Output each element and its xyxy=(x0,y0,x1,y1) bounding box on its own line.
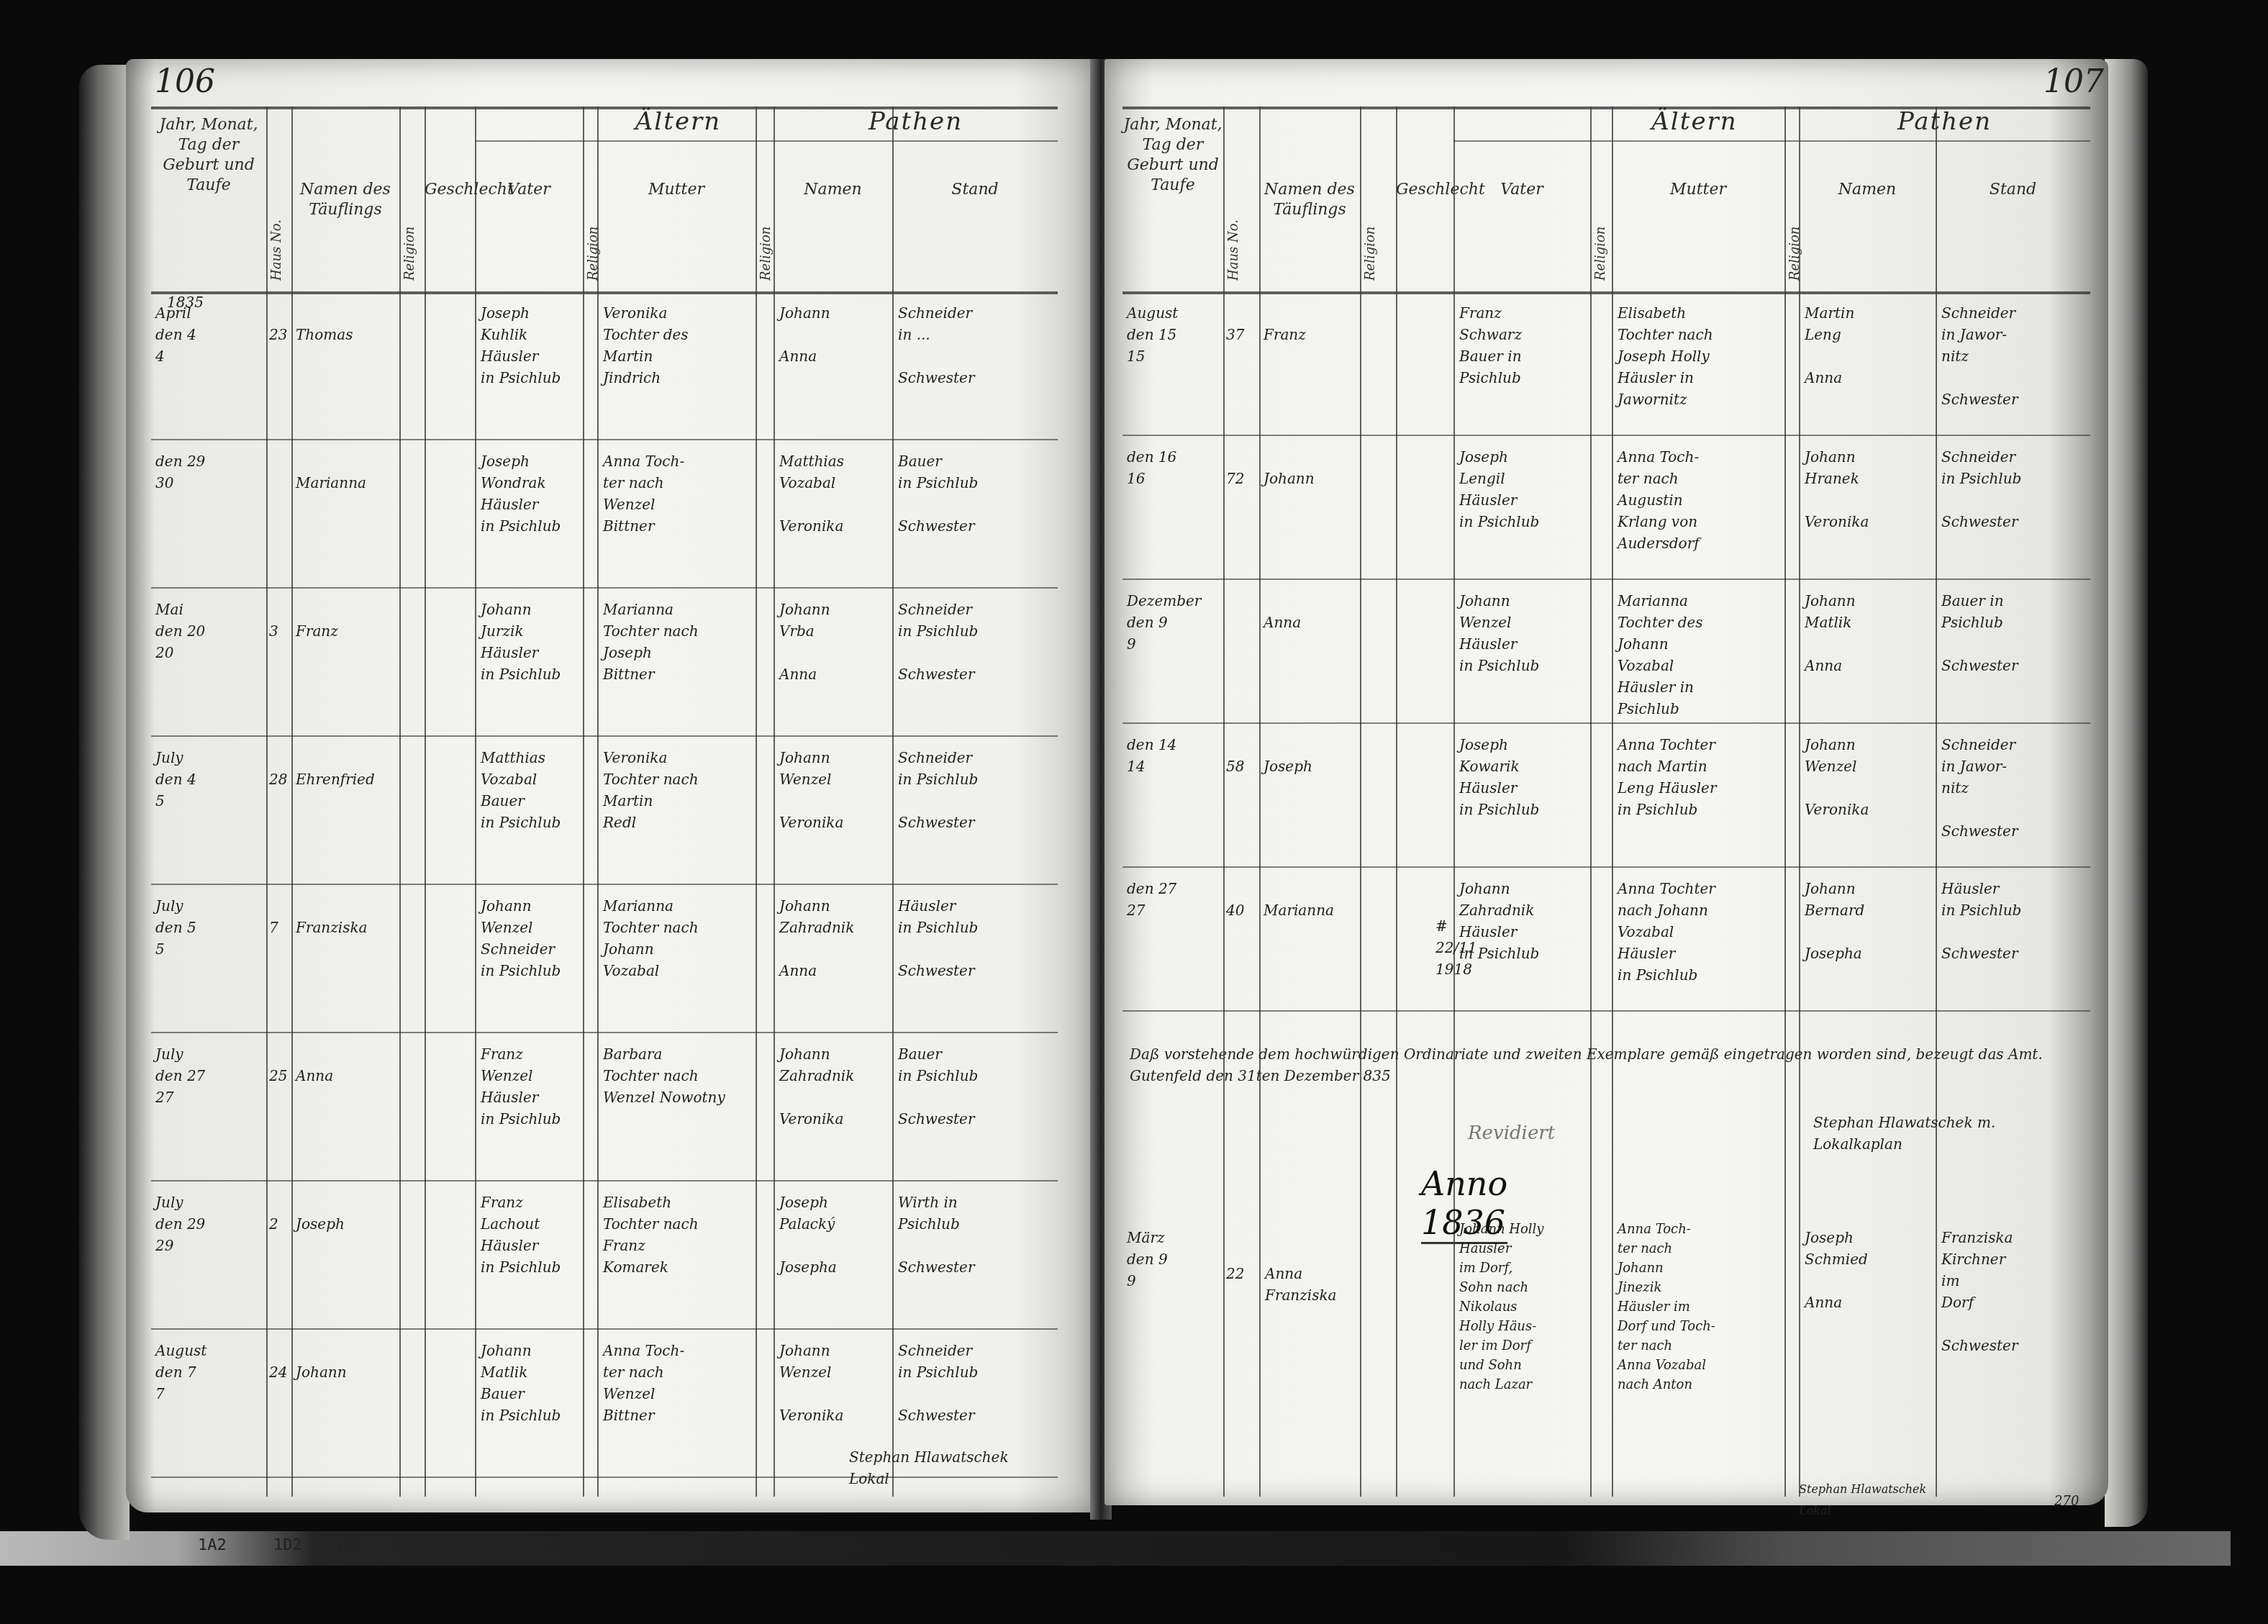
column-rule xyxy=(774,106,775,1497)
entry-godparent-name: Johann Wenzel Veronika xyxy=(1805,734,1934,820)
column-rule xyxy=(1453,106,1455,1497)
entry-godparent-name: Joseph Schmied Anna xyxy=(1805,1227,1934,1313)
entry-child-name: Anna xyxy=(296,1065,398,1087)
entry-godparent-status: Schneider in Psichlub Schwester xyxy=(898,1340,1056,1426)
entry-child-name: Anna xyxy=(1264,612,1358,633)
column-rule xyxy=(1784,106,1786,1497)
entry-child-name: Franz xyxy=(296,620,398,642)
row-rule xyxy=(151,884,1058,885)
column-rule xyxy=(1936,106,1937,1497)
column-rule xyxy=(583,106,584,1497)
entry-mother: Anna Toch- ter nach Augustin Krlang von … xyxy=(1618,446,1783,554)
entry-house-number: 72 xyxy=(1226,468,1244,489)
entry-father: Joseph Lengil Häusler in Psichlub xyxy=(1459,446,1589,532)
entry-child-name: Johann xyxy=(1264,468,1358,489)
row-rule xyxy=(151,735,1058,737)
column-header: Jahr, Monat, Tag der Geburt und Taufe xyxy=(151,115,266,196)
entry-child-name: Marianna xyxy=(1264,899,1358,921)
entry-father: Johann Matlik Bauer in Psichlub xyxy=(481,1340,581,1426)
entry-father: Joseph Kuhlik Häusler in Psichlub xyxy=(481,302,581,389)
entry-house-number: 24 xyxy=(269,1361,287,1383)
column-header: Religion xyxy=(1363,165,1378,281)
entry-godparent-status: Bauer in Psichlub Schwester xyxy=(898,1043,1056,1130)
row-rule xyxy=(1122,1010,2090,1012)
column-header: Stand xyxy=(892,180,1058,200)
entry-father: Franz Schwarz Bauer in Psichlub xyxy=(1459,302,1589,389)
entry-godparent-name: Johann Matlik Anna xyxy=(1805,590,1934,676)
column-header: Religion xyxy=(1593,165,1608,281)
ruler-label: 1A2 xyxy=(198,1536,227,1554)
entry-mother: Anna Toch- ter nach Wenzel Bittner xyxy=(603,1340,754,1426)
section-header-parents: Ältern xyxy=(583,112,774,132)
entry-child-name: Thomas xyxy=(296,324,398,345)
entry-date: März den 9 9 xyxy=(1127,1227,1220,1292)
column-header: Mutter xyxy=(1612,180,1784,200)
entry-godparent-status: Franziska Kirchner im Dorf Schwester xyxy=(1941,1227,2085,1356)
section-header-godparents: Pathen xyxy=(1799,112,2090,132)
entry-house-number: 40 xyxy=(1226,899,1244,921)
entry-house-number: 58 xyxy=(1226,756,1244,777)
column-rule xyxy=(425,106,426,1497)
entry-godparent-status: Wirth in Psichlub Schwester xyxy=(898,1192,1056,1278)
column-rule xyxy=(892,106,894,1497)
entry-mother: Barbara Tochter nach Wenzel Nowotny xyxy=(603,1043,754,1108)
entry-godparent-status: Bauer in Psichlub Schwester xyxy=(898,450,1056,537)
folio-number: 106 xyxy=(155,63,215,100)
footer-signature: Stephan Hlawatschek Lokal xyxy=(849,1446,1065,1489)
column-header: Namen xyxy=(774,180,892,200)
entry-child-name: Franz xyxy=(1264,324,1358,345)
entry-date: August den 7 7 xyxy=(155,1340,265,1405)
row-rule xyxy=(151,439,1058,440)
column-rule xyxy=(1590,106,1592,1497)
entry-godparent-name: Johann Vrba Anna xyxy=(779,599,891,685)
row-rule xyxy=(151,587,1058,589)
entry-godparent-status: Schneider in Psichlub Schwester xyxy=(898,747,1056,833)
page-stamp: 270 xyxy=(2054,1491,2079,1512)
entry-child-name: Marianna xyxy=(296,472,398,494)
faint-revision-note: Revidiert xyxy=(1468,1122,1555,1144)
book-edge-left xyxy=(79,65,130,1540)
column-header: Namen des Täuflings xyxy=(291,180,399,220)
column-rule xyxy=(1396,106,1397,1497)
section-header-parents: Ältern xyxy=(1590,112,1799,132)
entry-godparent-name: Martin Leng Anna xyxy=(1805,302,1934,389)
entry-date: July den 5 5 xyxy=(155,895,265,960)
header-bottom-rule xyxy=(1122,291,2090,294)
row-rule xyxy=(151,1328,1058,1330)
entry-father: Matthias Vozabal Bauer in Psichlub xyxy=(481,747,581,833)
row-rule xyxy=(151,1032,1058,1033)
entry-godparent-name: Johann Zahradnik Veronika xyxy=(779,1043,891,1130)
folio-number: 107 xyxy=(2044,63,2104,100)
column-header: Jahr, Monat, Tag der Geburt und Taufe xyxy=(1122,115,1223,196)
entry-father: Joseph Wondrak Häusler in Psichlub xyxy=(481,450,581,537)
footer-signature: Stephan Hlawatschek Lokal xyxy=(1799,1479,1986,1522)
entry-house-number: 3 xyxy=(269,620,278,642)
entry-father: Johann Jurzik Häusler in Psichlub xyxy=(481,599,581,685)
entry-house-number: 7 xyxy=(269,917,278,938)
column-rule xyxy=(266,106,268,1497)
column-rule xyxy=(291,106,293,1497)
column-header: Geschlecht xyxy=(1396,180,1453,200)
column-rule xyxy=(1259,106,1261,1497)
entry-godparent-status: Schneider in ... Schwester xyxy=(898,302,1056,389)
entry-house-number: 25 xyxy=(269,1065,287,1087)
marginal-note: # 22/11 1918 xyxy=(1435,915,1477,980)
entry-mother: Marianna Tochter nach Joseph Bittner xyxy=(603,599,754,685)
entry-mother: Anna Tochter nach Johann Vozabal Häusler… xyxy=(1618,878,1783,986)
column-header: Namen xyxy=(1799,180,1936,200)
entry-date: Mai den 20 20 xyxy=(155,599,265,663)
column-header: Haus No. xyxy=(269,165,284,281)
entry-child-name: Joseph xyxy=(1264,756,1358,777)
row-rule xyxy=(1122,435,2090,436)
entry-house-number: 22 xyxy=(1226,1263,1244,1284)
entry-date: den 14 14 xyxy=(1127,734,1222,777)
entry-mother: Anna Toch- ter nach Wenzel Bittner xyxy=(603,450,754,537)
column-header: Vater xyxy=(475,180,583,200)
column-rule xyxy=(399,106,401,1497)
entry-date: July den 4 5 xyxy=(155,747,265,812)
column-header: Stand xyxy=(1936,180,2090,200)
entry-godparent-status: Bauer in Psichlub Schwester xyxy=(1941,590,2089,676)
entry-mother: Veronika Tochter des Martin Jindrich xyxy=(603,302,754,389)
entry-godparent-name: Matthias Vozabal Veronika xyxy=(779,450,891,537)
entry-house-number: 2 xyxy=(269,1213,278,1235)
header-bottom-rule xyxy=(151,291,1058,294)
entry-child-name: Anna Franziska xyxy=(1265,1263,1358,1306)
row-rule xyxy=(1122,579,2090,580)
row-rule xyxy=(1122,722,2090,724)
entry-godparent-name: Johann Hranek Veronika xyxy=(1805,446,1934,532)
row-rule xyxy=(1122,866,2090,868)
entry-mother: Marianna Tochter des Johann Vozabal Häus… xyxy=(1618,590,1783,720)
entry-godparent-name: Johann Anna xyxy=(779,302,891,367)
ruler-label: 1C3 xyxy=(392,1536,421,1554)
entry-child-name: Johann xyxy=(296,1361,398,1383)
row-rule xyxy=(151,1180,1058,1181)
book-edge-right xyxy=(2105,59,2148,1527)
column-header: Religion xyxy=(402,165,417,281)
entry-date: den 16 16 xyxy=(1127,446,1222,489)
entry-child-name: Joseph xyxy=(296,1213,398,1235)
entry-godparent-status: Häusler in Psichlub Schwester xyxy=(1941,878,2089,964)
entry-child-name: Ehrenfried xyxy=(296,768,398,790)
column-rule xyxy=(1223,106,1225,1497)
column-header: Namen des Täuflings xyxy=(1259,180,1360,220)
entry-godparent-name: Johann Wenzel Veronika xyxy=(779,747,891,833)
entry-godparent-status: Schneider in Psichlub Schwester xyxy=(898,599,1056,685)
section-header-godparents: Pathen xyxy=(774,112,1058,132)
entry-godparent-name: Johann Wenzel Veronika xyxy=(779,1340,891,1426)
entry-godparent-status: Häusler in Psichlub Schwester xyxy=(898,895,1056,981)
column-rule xyxy=(1360,106,1361,1497)
certification-signature: Stephan Hlawatschek m. Lokalkaplan xyxy=(1813,1112,2072,1155)
entry-mother: Anna Tochter nach Martin Leng Häusler in… xyxy=(1618,734,1783,820)
entry-mother: Elisabeth Tochter nach Joseph Holly Häus… xyxy=(1618,302,1783,410)
entry-house-number: 23 xyxy=(269,324,287,345)
column-header: Mutter xyxy=(597,180,756,200)
column-header: Vater xyxy=(1453,180,1590,200)
entry-godparent-name: Johann Zahradnik Anna xyxy=(779,895,891,981)
entry-father: Johann Wenzel Häusler in Psichlub xyxy=(1459,590,1589,676)
column-rule xyxy=(1612,106,1613,1497)
column-rule xyxy=(1799,106,1800,1497)
year-marker: 1835 xyxy=(167,291,204,313)
entry-godparent-status: Schneider in Psichlub Schwester xyxy=(1941,446,2089,532)
entry-mother: Marianna Tochter nach Johann Vozabal xyxy=(603,895,754,981)
entry-father: Johann Zahradnik Häusler in Psichlub xyxy=(1459,878,1589,964)
entry-mother: Anna Toch- ter nach Johann Jinezik Häusl… xyxy=(1618,1220,1783,1394)
column-header: Haus No. xyxy=(1226,165,1241,281)
entry-house-number: 28 xyxy=(269,768,287,790)
entry-date: July den 29 29 xyxy=(155,1192,265,1256)
ruler-label: 1B3 xyxy=(335,1536,363,1554)
entry-father: Franz Wenzel Häusler in Psichlub xyxy=(481,1043,581,1130)
entry-godparent-name: Joseph Palacký Josepha xyxy=(779,1192,891,1278)
entry-father: Johann Holly Häusler im Dorf, Sohn nach … xyxy=(1459,1220,1589,1394)
entry-date: July den 27 27 xyxy=(155,1043,265,1108)
section-subheader-rule xyxy=(1453,140,2090,142)
entry-godparent-status: Schneider in Jawor- nitz Schwester xyxy=(1941,302,2089,410)
entry-godparent-status: Schneider in Jawor- nitz Schwester xyxy=(1941,734,2089,842)
ruler-label: 1D2 xyxy=(273,1536,302,1554)
entry-father: Johann Wenzel Schneider in Psichlub xyxy=(481,895,581,981)
entry-mother: Veronika Tochter nach Martin Redl xyxy=(603,747,754,833)
entry-father: Joseph Kowarik Häusler in Psichlub xyxy=(1459,734,1589,820)
entry-godparent-name: Johann Bernard Josepha xyxy=(1805,878,1934,964)
entry-date: den 29 30 xyxy=(155,450,265,494)
entry-date: August den 15 15 xyxy=(1127,302,1222,367)
entry-house-number: 37 xyxy=(1226,324,1244,345)
column-header: Geschlecht xyxy=(425,180,475,200)
entry-child-name: Franziska xyxy=(296,917,398,938)
certification-text: Daß vorstehende dem hochwürdigen Ordinar… xyxy=(1130,1043,2065,1087)
column-rule xyxy=(475,106,476,1497)
column-header: Religion xyxy=(758,165,774,281)
entry-date: den 27 27 xyxy=(1127,878,1222,921)
entry-mother: Elisabeth Tochter nach Franz Komarek xyxy=(603,1192,754,1278)
entry-father: Franz Lachout Häusler in Psichlub xyxy=(481,1192,581,1278)
section-subheader-rule xyxy=(475,140,1058,142)
column-rule xyxy=(597,106,599,1497)
entry-date: Dezember den 9 9 xyxy=(1127,590,1222,655)
column-rule xyxy=(756,106,757,1497)
